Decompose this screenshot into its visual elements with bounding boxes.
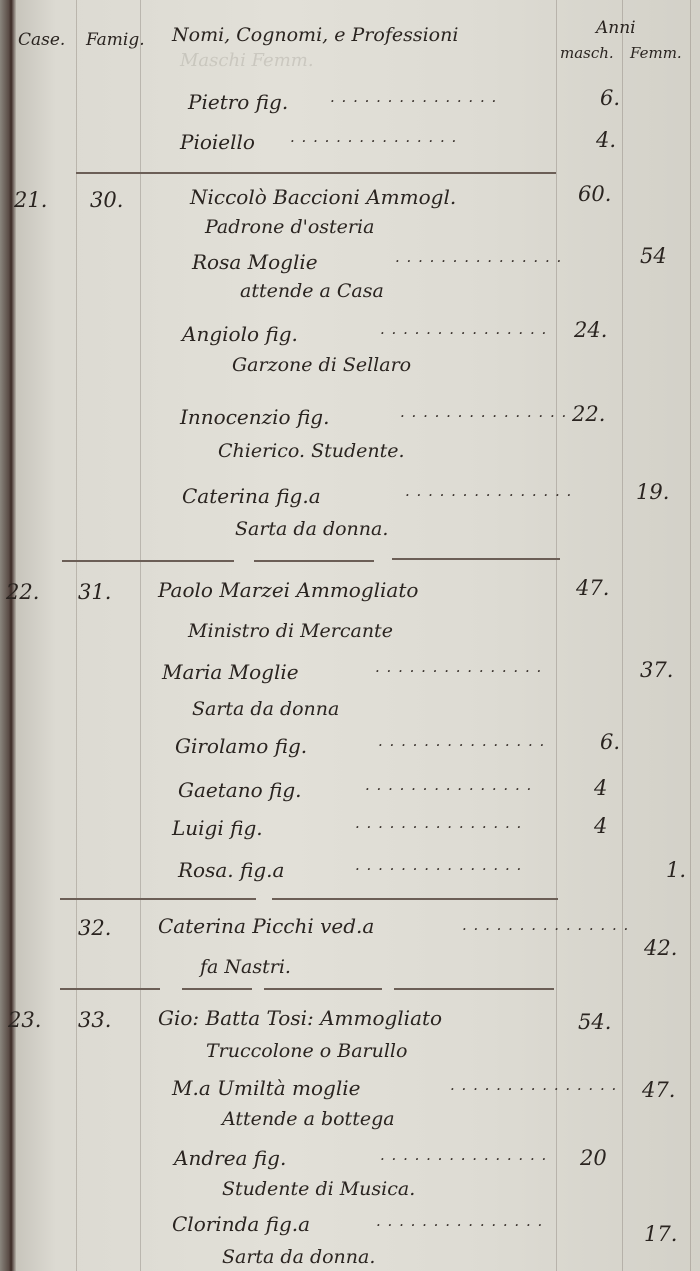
entry-name: Girolamo fig. — [175, 734, 307, 758]
header-famiglie: Famig. — [86, 30, 145, 50]
column-rule-maschi — [622, 0, 623, 1271]
entry-femmine: 1. — [666, 858, 686, 882]
entry-famiglia: 30. — [90, 188, 123, 212]
entry-femmine: 47. — [642, 1078, 675, 1102]
header-nomi: Nomi, Cognomi, e Professioni — [172, 24, 458, 46]
entry-maschi: 6. — [600, 86, 620, 110]
entry-maschi: 54. — [578, 1010, 611, 1034]
entry-name: Angiolo fig. — [182, 322, 298, 346]
entry-name: Gio: Batta Tosi: Ammogliato — [158, 1006, 442, 1030]
entry-name: Maria Moglie — [162, 660, 299, 684]
entry-maschi: 60. — [578, 182, 611, 206]
entry-profession: Sarta da donna — [192, 698, 339, 720]
entry-maschi: 20 — [580, 1146, 607, 1170]
entry-name: Andrea fig. — [174, 1146, 286, 1170]
leader-dots: · · · · · · · · · · · · · · · — [405, 486, 572, 504]
household-separator — [62, 560, 234, 562]
household-separator — [394, 988, 554, 990]
household-separator — [254, 560, 374, 562]
leader-dots: · · · · · · · · · · · · · · · — [290, 132, 457, 150]
header-femmine: Femm. — [630, 44, 682, 62]
entry-femmine: 54 — [640, 244, 667, 268]
household-separator — [60, 898, 256, 900]
header-case: Case. — [18, 30, 65, 50]
leader-dots: · · · · · · · · · · · · · · · — [330, 92, 497, 110]
entry-profession: Chierico. Studente. — [218, 440, 405, 462]
leader-dots: · · · · · · · · · · · · · · · — [355, 860, 522, 878]
entry-profession: Padrone d'osteria — [205, 216, 374, 238]
leader-dots: · · · · · · · · · · · · · · · — [375, 662, 542, 680]
entry-famiglia: 31. — [78, 580, 111, 604]
leader-dots: · · · · · · · · · · · · · · · — [355, 818, 522, 836]
leader-dots: · · · · · · · · · · · · · · · — [380, 1150, 547, 1168]
leader-dots: · · · · · · · · · · · · · · · — [376, 1216, 543, 1234]
entry-profession: Garzone di Sellaro — [232, 354, 411, 376]
entry-casa: 23. — [8, 1008, 41, 1032]
entry-famiglia: 33. — [78, 1008, 111, 1032]
entry-profession: Studente di Musica. — [222, 1178, 415, 1200]
header-maschi: masch. — [560, 44, 614, 62]
bleed-through-text: Maschi Femm. — [180, 50, 314, 71]
entry-name: Luigi fig. — [172, 816, 263, 840]
entry-femmine: 19. — [636, 480, 669, 504]
leader-dots: · · · · · · · · · · · · · · · — [365, 780, 532, 798]
entry-maschi: 4 — [594, 776, 607, 800]
entry-maschi: 47. — [576, 576, 609, 600]
entry-famiglia: 32. — [78, 916, 111, 940]
entry-profession: Sarta da donna. — [222, 1246, 375, 1268]
entry-name: Caterina Picchi ved.a — [158, 914, 374, 938]
household-separator — [264, 988, 382, 990]
entry-maschi: 4 — [594, 814, 607, 838]
household-separator — [60, 988, 160, 990]
household-separator — [392, 558, 560, 560]
entry-profession: fa Nastri. — [200, 956, 291, 978]
entry-name: Rosa. fig.a — [178, 858, 284, 882]
entry-name: Paolo Marzei Ammogliato — [158, 578, 418, 602]
entry-maschi: 6. — [600, 730, 620, 754]
entry-maschi: 24. — [574, 318, 607, 342]
leader-dots: · · · · · · · · · · · · · · · — [462, 920, 629, 938]
entry-name: Rosa Moglie — [192, 250, 318, 274]
entry-profession: Attende a bottega — [222, 1108, 395, 1130]
entry-femmine: 37. — [640, 658, 673, 682]
entry-name: Clorinda fig.a — [172, 1212, 310, 1236]
entry-name: Pioiello — [180, 130, 255, 154]
entry-name: Pietro fig. — [188, 90, 288, 114]
column-rule-femmine — [690, 0, 691, 1271]
leader-dots: · · · · · · · · · · · · · · · — [450, 1080, 617, 1098]
household-separator — [272, 898, 558, 900]
entry-femmine: 17. — [644, 1222, 677, 1246]
entry-femmine: 42. — [644, 936, 677, 960]
column-rule-famiglie — [140, 0, 141, 1271]
entry-casa: 21. — [14, 188, 47, 212]
header-anni: Anni — [596, 18, 636, 38]
entry-casa: 22. — [6, 580, 39, 604]
leader-dots: · · · · · · · · · · · · · · · — [395, 252, 562, 270]
entry-profession: attende a Casa — [240, 280, 384, 302]
household-separator — [76, 172, 556, 174]
household-separator — [182, 988, 252, 990]
leader-dots: · · · · · · · · · · · · · · · — [378, 736, 545, 754]
entry-maschi: 4. — [596, 128, 616, 152]
entry-profession: Truccolone o Barullo — [206, 1040, 407, 1062]
entry-name: Niccolò Baccioni Ammogl. — [190, 185, 456, 209]
leader-dots: · · · · · · · · · · · · · · · — [380, 324, 547, 342]
entry-name: Caterina fig.a — [182, 484, 321, 508]
entry-profession: Sarta da donna. — [235, 518, 388, 540]
leader-dots: · · · · · · · · · · · · · · · — [400, 407, 567, 425]
entry-name: M.a Umiltà moglie — [172, 1076, 361, 1100]
entry-profession: Ministro di Mercante — [188, 620, 393, 642]
entry-maschi: 22. — [572, 402, 605, 426]
entry-name: Gaetano fig. — [178, 778, 301, 802]
column-rule-case — [76, 0, 77, 1271]
entry-name: Innocenzio fig. — [180, 405, 329, 429]
